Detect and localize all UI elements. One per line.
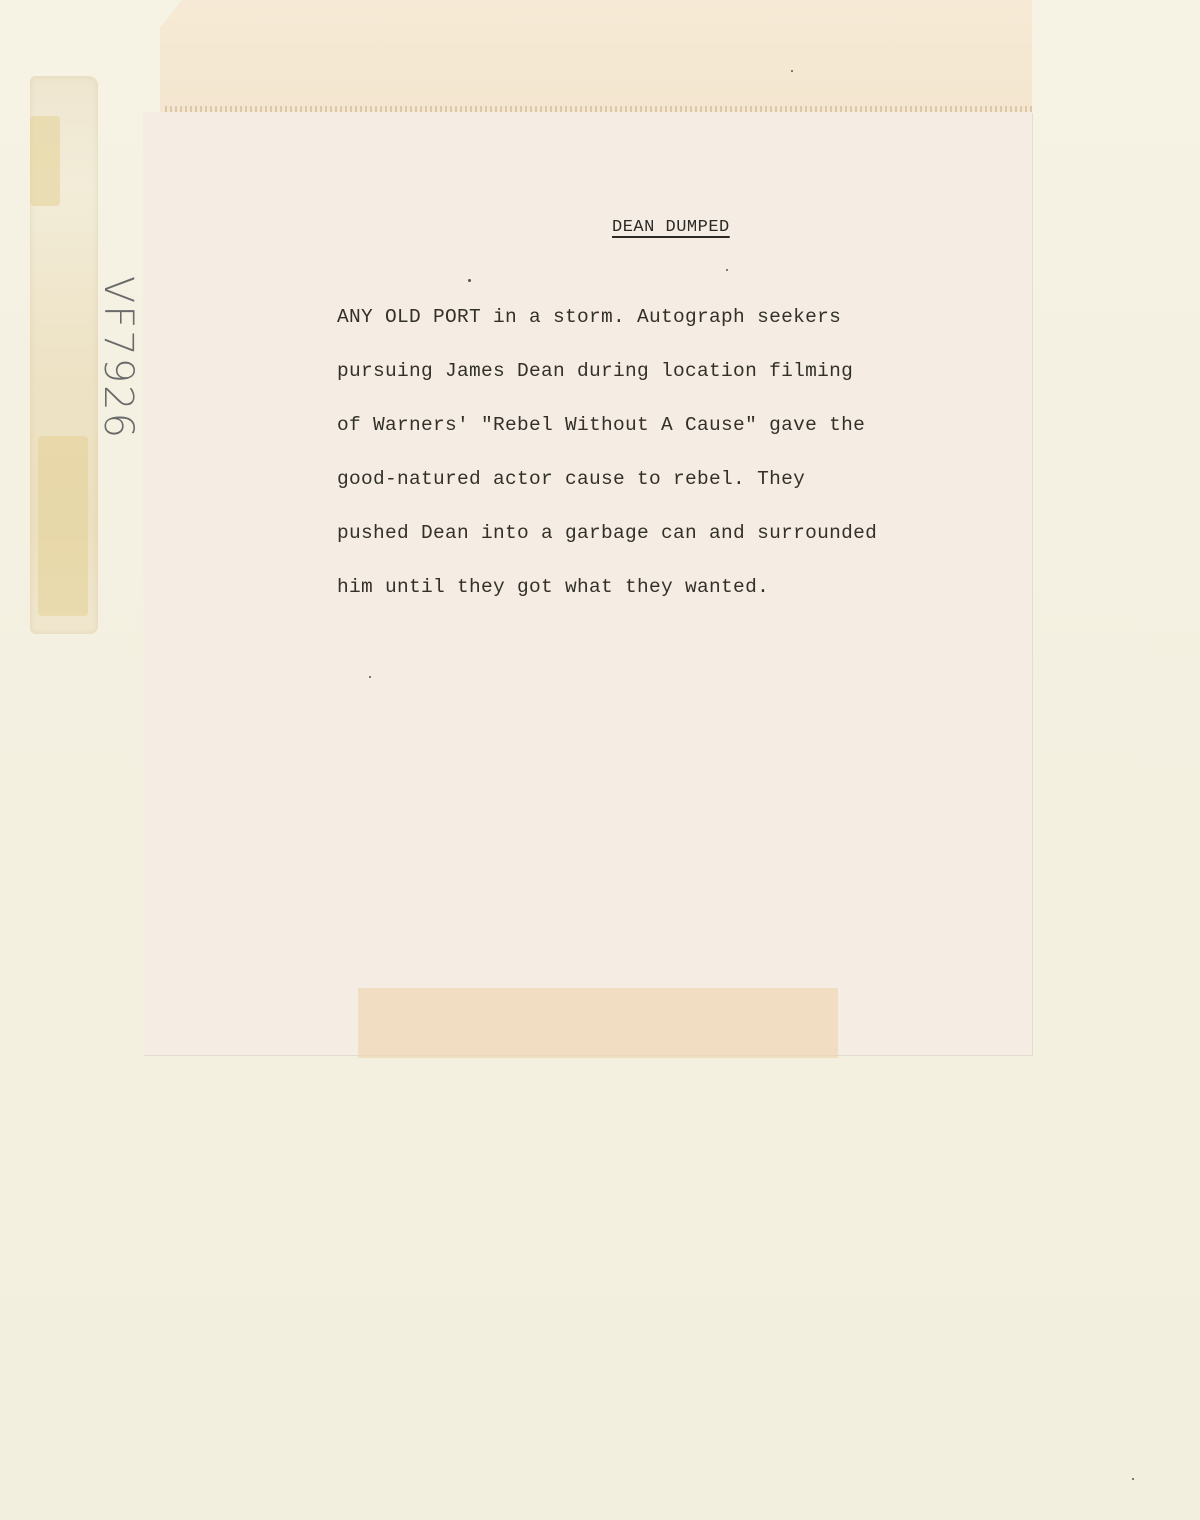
ink-speck — [1132, 1478, 1134, 1480]
ink-speck — [726, 269, 728, 271]
ink-speck — [369, 676, 371, 678]
tape-stain — [38, 436, 88, 616]
caption-body: ANY OLD PORT in a storm. Autograph seeke… — [337, 290, 947, 614]
caption-top-flap — [160, 0, 1032, 115]
caption-title: DEAN DUMPED — [612, 218, 730, 237]
bottom-tape-piece — [358, 988, 838, 1058]
caption-line: ANY OLD PORT in a storm. Autograph seeke… — [337, 290, 947, 344]
caption-line: him until they got what they wanted. — [337, 560, 947, 614]
caption-line: good-natured actor cause to rebel. They — [337, 452, 947, 506]
caption-line: pushed Dean into a garbage can and surro… — [337, 506, 947, 560]
ink-speck — [468, 279, 471, 282]
tape-stain — [30, 116, 60, 206]
caption-line: of Warners' "Rebel Without A Cause" gave… — [337, 398, 947, 452]
caption-line: pursuing James Dean during location film… — [337, 344, 947, 398]
handwritten-reference-number: VF7926 — [88, 248, 148, 468]
ink-speck — [791, 70, 793, 72]
